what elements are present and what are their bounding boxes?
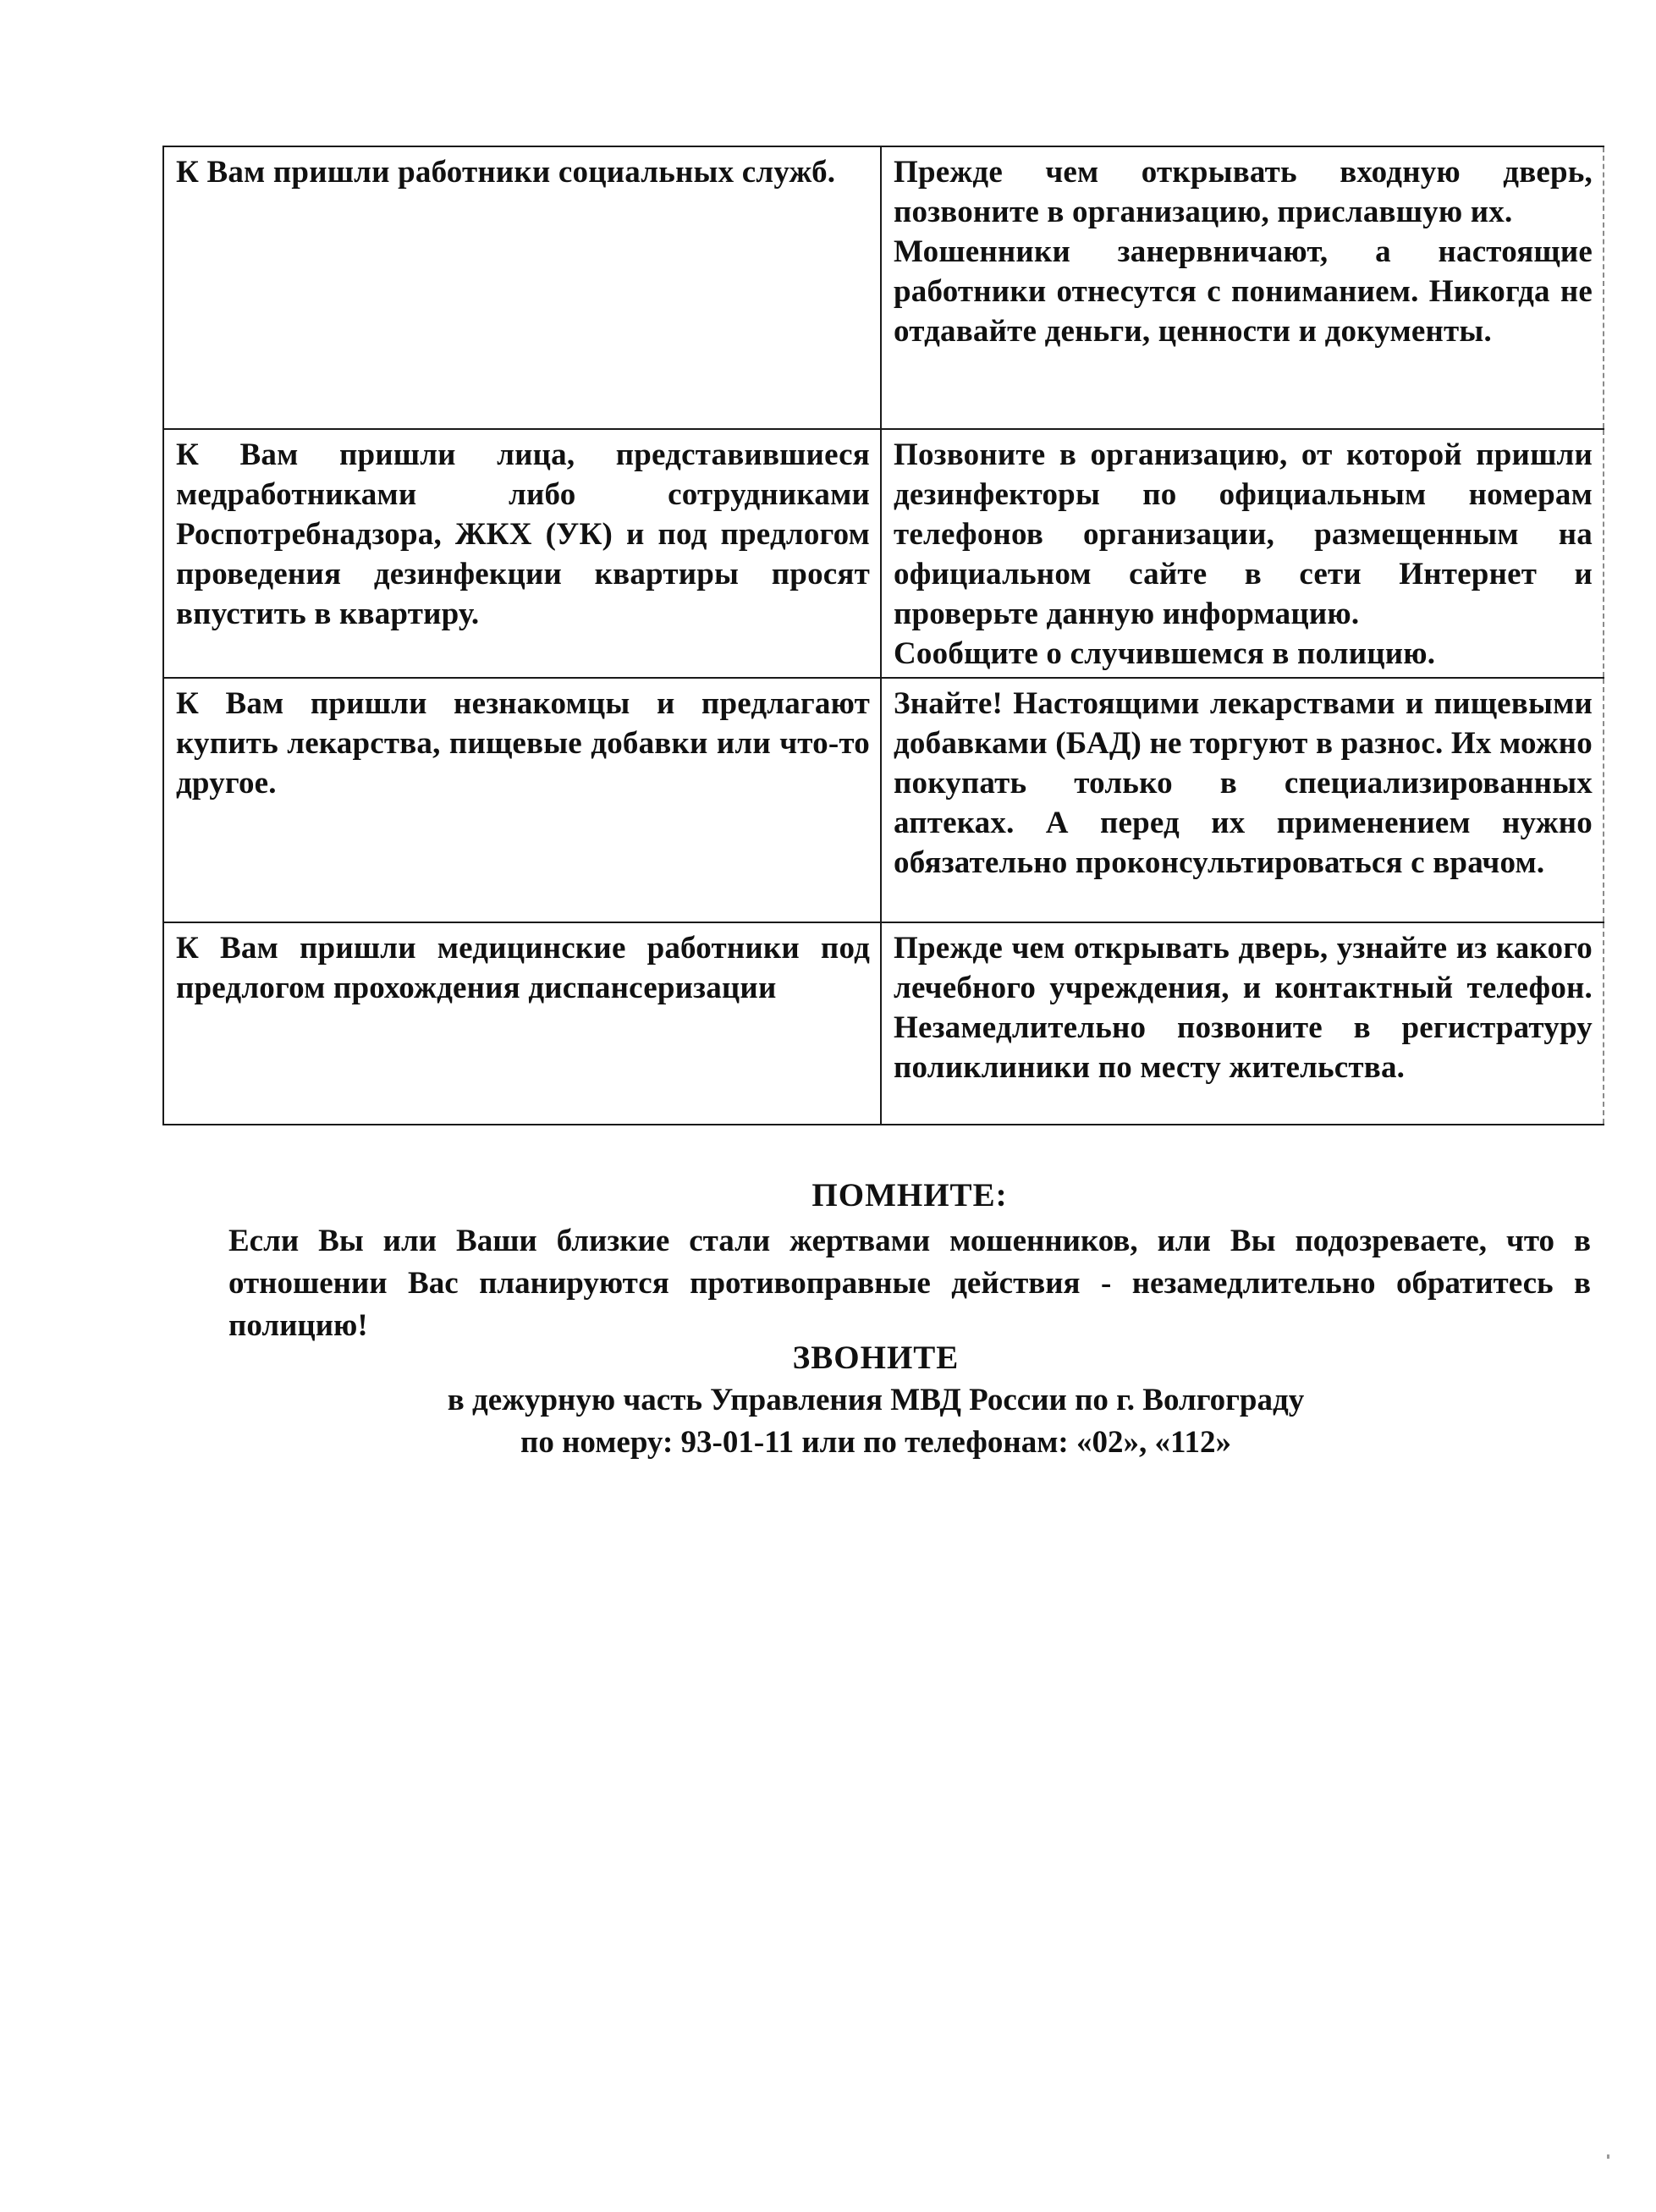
table-row: К Вам пришли медицинские работники под п… — [163, 922, 1604, 1125]
fraud-situations-table: К Вам пришли работники социальных служб.… — [162, 146, 1604, 1125]
scan-artifact — [1607, 2154, 1609, 2159]
advice-paragraph: Прежде чем открывать входную дверь, позв… — [894, 152, 1593, 232]
advice-cell: Знайте! Настоящими лекарствами и пищевым… — [881, 678, 1604, 922]
advice-paragraph: Мошенники занервничают, а настоящие рабо… — [894, 232, 1593, 351]
table-row: К Вам пришли работники социальных служб.… — [163, 146, 1604, 429]
advice-paragraph: Знайте! Настоящими лекарствами и пищевым… — [894, 684, 1593, 883]
situation-cell: К Вам пришли медицинские работники под п… — [163, 922, 881, 1125]
situation-cell: К Вам пришли незнакомцы и предлагают куп… — [163, 678, 881, 922]
remember-heading: ПОМНИТЕ: — [228, 1175, 1591, 1217]
advice-paragraph: Позвоните в организацию, от которой приш… — [894, 435, 1593, 634]
document-page: К Вам пришли работники социальных служб.… — [0, 0, 1656, 2212]
situation-cell: К Вам пришли лица, представившиеся медра… — [163, 429, 881, 678]
advice-cell: Позвоните в организацию, от которой приш… — [881, 429, 1604, 678]
call-heading: ЗВОНИТЕ — [162, 1337, 1589, 1379]
call-section: ЗВОНИТЕ в дежурную часть Управления МВД … — [162, 1337, 1589, 1464]
table-row: К Вам пришли лица, представившиеся медра… — [163, 429, 1604, 678]
remember-section: ПОМНИТЕ: Если Вы или Ваши близкие стали … — [228, 1175, 1591, 1347]
call-phone-numbers: по номеру: 93-01-11 или по телефонам: «0… — [162, 1422, 1589, 1464]
advice-cell: Прежде чем открывать дверь, узнайте из к… — [881, 922, 1604, 1125]
situation-cell: К Вам пришли работники социальных служб. — [163, 146, 881, 429]
advice-paragraph: Прежде чем открывать дверь, узнайте из к… — [894, 928, 1593, 1087]
advice-paragraph: Сообщите о случившемся в полицию. — [894, 634, 1593, 674]
advice-cell: Прежде чем открывать входную дверь, позв… — [881, 146, 1604, 429]
remember-text: Если Вы или Ваши близкие стали жертвами … — [228, 1220, 1591, 1347]
table-row: К Вам пришли незнакомцы и предлагают куп… — [163, 678, 1604, 922]
call-department-text: в дежурную часть Управления МВД России п… — [162, 1379, 1589, 1422]
